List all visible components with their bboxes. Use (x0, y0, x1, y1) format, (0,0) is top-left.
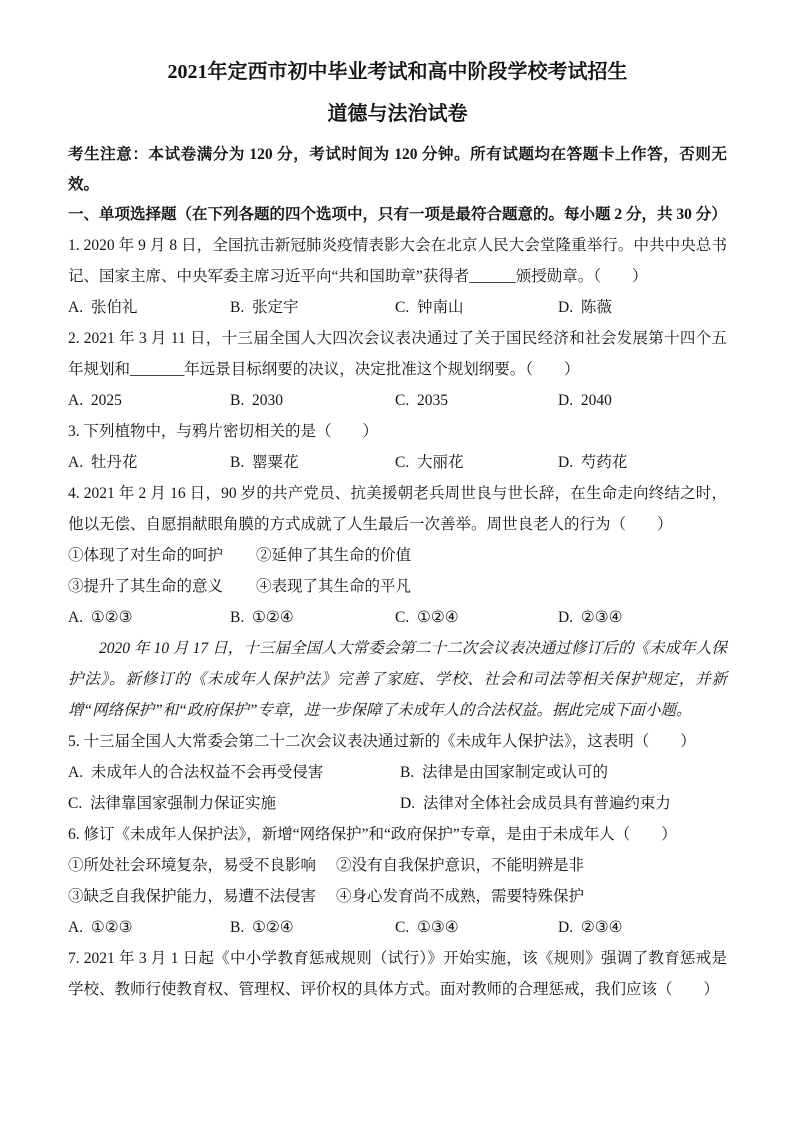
question-2-options: A. 2025B. 2030C. 2035D. 2040 (68, 385, 727, 416)
question-7-text: 7. 2021 年 3 月 1 日起《中小学教育惩戒规则（试行）》开始实施，该《… (68, 943, 727, 1005)
question-1-options: A. 张伯礼B. 张定宇C. 钟南山D. 陈薇 (68, 292, 727, 323)
question-5-text: 5. 十三届全国人大常委会第二十二次会议表决通过新的《未成年人保护法》，这表明（… (68, 726, 727, 757)
reading-passage: 2020 年 10 月 17 日，十三届全国人大常委会第二十二次会议表决通过修订… (68, 633, 727, 726)
question-1: 1. 2020 年 9 月 8 日，全国抗击新冠肺炎疫情表影大会在北京人民大会堂… (68, 230, 727, 323)
question-4-option-1: A. ①②③ (68, 602, 230, 633)
question-4-option-4: D. ②③④ (558, 602, 727, 633)
question-6-statement-2: ②没有自我保护意识，不能明辨是非 (336, 850, 727, 881)
question-5-option-1: A. 未成年人的合法权益不会再受侵害 (68, 757, 400, 788)
question-4-option-3: C. ①②④ (395, 602, 558, 633)
question-3: 3. 下列植物中，与鸦片密切相关的是（ ） A. 牡丹花B. 罂粟花C. 大丽花… (68, 416, 727, 478)
question-1-option-3: C. 钟南山 (395, 292, 558, 323)
exam-paper-page: 2021年定西市初中毕业考试和高中阶段学校考试招生 道德与法治试卷 考生注意：本… (0, 0, 793, 1122)
question-6-statement-4: ④身心发育尚不成熟，需要特殊保护 (336, 881, 727, 912)
question-7: 7. 2021 年 3 月 1 日起《中小学教育惩戒规则（试行）》开始实施，该《… (68, 943, 727, 1005)
section-one-heading: 一、单项选择题（在下列各题的四个选项中，只有一项是最符合题意的。每小题 2 分，… (68, 200, 727, 230)
question-2-option-4: D. 2040 (558, 385, 727, 416)
question-6-option-2: B. ①②④ (230, 912, 395, 943)
question-6-option-3: C. ①③④ (395, 912, 558, 943)
question-5-option-3: C. 法律靠国家强制力保证实施 (68, 788, 400, 819)
question-1-option-2: B. 张定宇 (230, 292, 395, 323)
question-6-statements: ①所处社会环境复杂，易受不良影响②没有自我保护意识，不能明辨是非③缺乏自我保护能… (68, 850, 727, 912)
question-1-text: 1. 2020 年 9 月 8 日，全国抗击新冠肺炎疫情表影大会在北京人民大会堂… (68, 230, 727, 292)
question-4: 4. 2021 年 2 月 16 日，90 岁的共产党员、抗美援朝老兵周世良与世… (68, 478, 727, 633)
question-2-option-1: A. 2025 (68, 385, 230, 416)
question-4-statement-3: ③提升了其生命的意义 (68, 571, 256, 602)
question-4-option-2: B. ①②④ (230, 602, 395, 633)
question-3-options: A. 牡丹花B. 罂粟花C. 大丽花D. 芍药花 (68, 447, 727, 478)
question-4-statement-2: ②延伸了其生命的价值 (256, 540, 727, 571)
question-3-option-3: C. 大丽花 (395, 447, 558, 478)
question-3-text: 3. 下列植物中，与鸦片密切相关的是（ ） (68, 416, 727, 447)
question-4-options: A. ①②③B. ①②④C. ①②④D. ②③④ (68, 602, 727, 633)
question-6: 6. 修订《未成年人保护法》，新增“网络保护”和“政府保护”专章，是由于未成年人… (68, 819, 727, 943)
question-1-option-4: D. 陈薇 (558, 292, 727, 323)
question-6-option-1: A. ①②③ (68, 912, 230, 943)
question-6-statement-3: ③缺乏自我保护能力，易遭不法侵害 (68, 881, 336, 912)
exam-title-line2: 道德与法治试卷 (68, 100, 727, 128)
question-5-options: A. 未成年人的合法权益不会再受侵害B. 法律是由国家制定或认可的C. 法律靠国… (68, 757, 727, 819)
question-4-text: 4. 2021 年 2 月 16 日，90 岁的共产党员、抗美援朝老兵周世良与世… (68, 478, 727, 540)
question-2-option-3: C. 2035 (395, 385, 558, 416)
question-5-option-2: B. 法律是由国家制定或认可的 (400, 757, 727, 788)
question-3-option-1: A. 牡丹花 (68, 447, 230, 478)
question-5: 5. 十三届全国人大常委会第二十二次会议表决通过新的《未成年人保护法》，这表明（… (68, 726, 727, 819)
question-6-options: A. ①②③B. ①②④C. ①③④D. ②③④ (68, 912, 727, 943)
question-2-text: 2. 2021 年 3 月 11 日，十三届全国人大四次会议表决通过了关于国民经… (68, 323, 727, 385)
question-5-option-4: D. 法律对全体社会成员具有普遍约束力 (400, 788, 727, 819)
question-4-statement-4: ④表现了其生命的平凡 (256, 571, 727, 602)
question-4-statements: ①体现了对生命的呵护②延伸了其生命的价值③提升了其生命的意义④表现了其生命的平凡 (68, 540, 727, 602)
exam-title-line1: 2021年定西市初中毕业考试和高中阶段学校考试招生 (68, 58, 727, 86)
question-3-option-4: D. 芍药花 (558, 447, 727, 478)
question-6-text: 6. 修订《未成年人保护法》，新增“网络保护”和“政府保护”专章，是由于未成年人… (68, 819, 727, 850)
question-4-statement-1: ①体现了对生命的呵护 (68, 540, 256, 571)
question-2-option-2: B. 2030 (230, 385, 395, 416)
question-6-option-4: D. ②③④ (558, 912, 727, 943)
question-3-option-2: B. 罂粟花 (230, 447, 395, 478)
question-6-statement-1: ①所处社会环境复杂，易受不良影响 (68, 850, 336, 881)
question-1-option-1: A. 张伯礼 (68, 292, 230, 323)
candidate-notice: 考生注意：本试卷满分为 120 分，考试时间为 120 分钟。所有试题均在答题卡… (68, 140, 727, 200)
question-2: 2. 2021 年 3 月 11 日，十三届全国人大四次会议表决通过了关于国民经… (68, 323, 727, 416)
